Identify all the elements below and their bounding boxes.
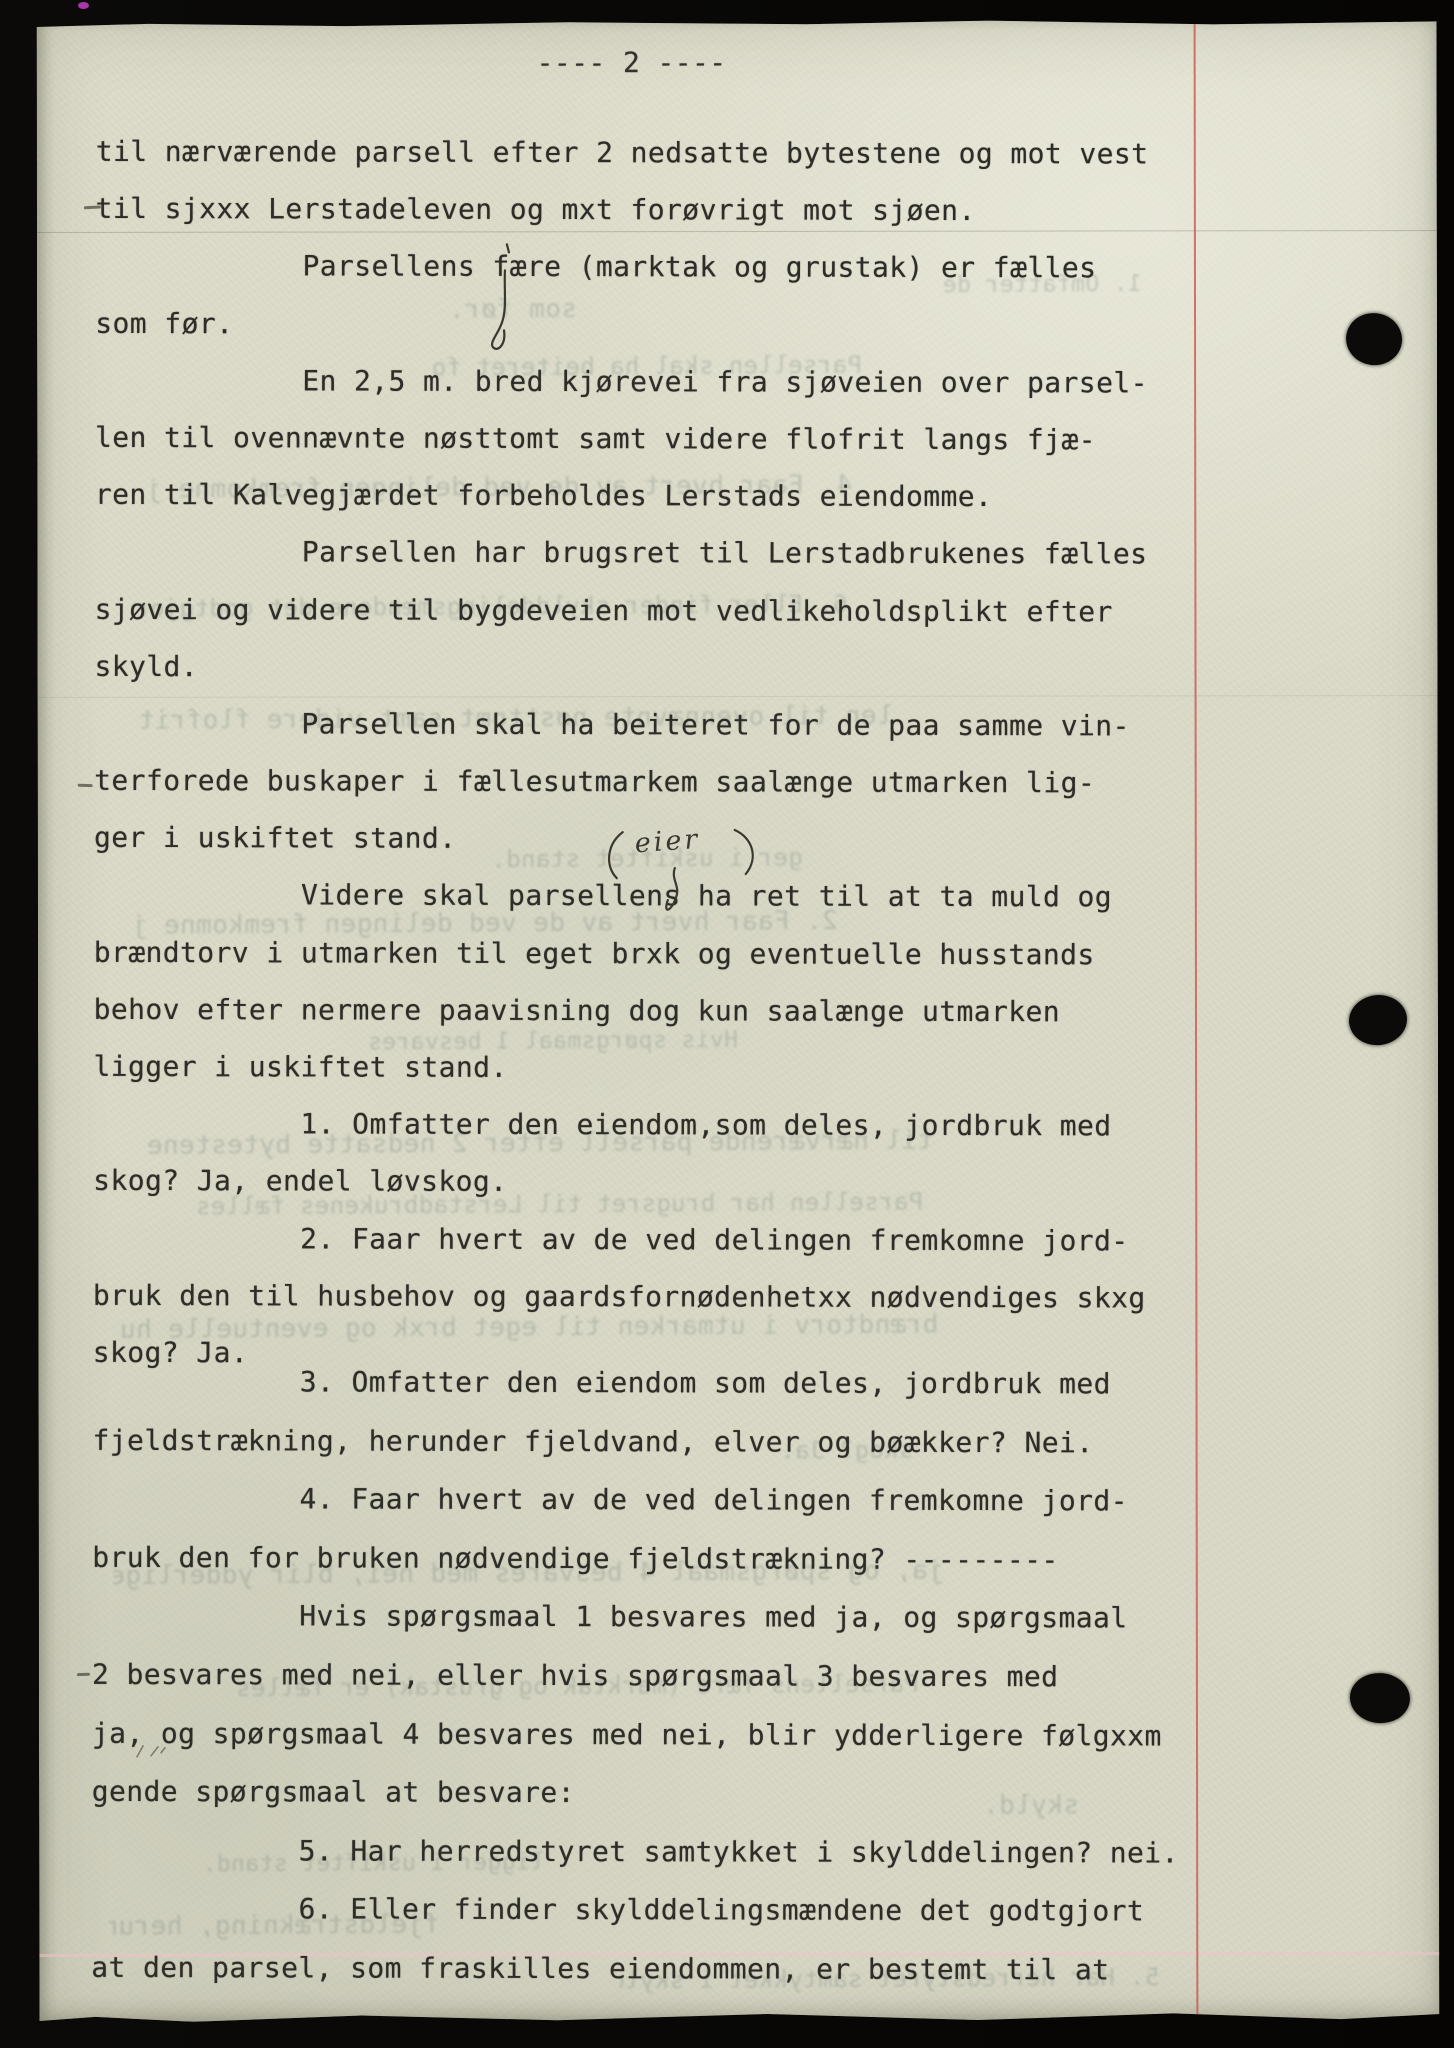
typed-line: skog? Ja, endel løvskog. — [93, 1164, 1213, 1224]
typed-line: 2. Faar hvert av de ved delingen fremkom… — [93, 1221, 1213, 1281]
typed-line: En 2,5 m. bred kjørevei fra sjøveien ove… — [95, 364, 1215, 424]
handwritten-j-stroke-icon — [485, 242, 525, 352]
typed-line: til nærværende parsell efter 2 nedsatte … — [96, 135, 1216, 195]
typed-line: terforede buskaper i fællesutmarkem saal… — [94, 764, 1214, 824]
handwritten-margin-dash — [78, 784, 93, 788]
typed-line: Parsellen skal ha beiteret for de paa sa… — [94, 707, 1214, 767]
handwritten-word-eier: eier — [634, 824, 702, 860]
typed-line: behov efter nermere paavisning dog kun s… — [94, 993, 1214, 1053]
typed-line: 6. Eller finder skylddelingsmændene det … — [91, 1892, 1211, 1952]
typed-line: brændtorv i utmarken til eget brxk og ev… — [94, 936, 1214, 996]
typed-line: 1. Omfatter den eiendom,som deles, jordb… — [93, 1107, 1213, 1167]
typed-line: Parsellens fære (marktak og grustak) er … — [95, 249, 1215, 309]
typed-line: 2 besvares med nei, eller hvis spørgsmaa… — [92, 1658, 1212, 1718]
typed-line: Hvis spørgsmaal 1 besvares med ja, og sp… — [92, 1599, 1212, 1659]
typed-line: 5. Har herredstyret samtykket i skylddel… — [91, 1834, 1211, 1894]
typed-line: bruk den til husbehov og gaardsfornødenh… — [93, 1279, 1213, 1339]
punch-hole — [1343, 310, 1406, 369]
handwritten-eier-insertion: eier — [583, 820, 793, 920]
typed-line: som før. — [95, 306, 1215, 366]
punch-hole — [1348, 1671, 1411, 1725]
typed-line: ren til Kalvegjærdet forbeholdes Lerstad… — [95, 478, 1215, 538]
scan-artifact-dot — [78, 2, 89, 9]
typed-line: Parsellen har brugsret til Lerstadbruken… — [95, 535, 1215, 595]
page-number: ---- 2 ---- — [537, 46, 727, 79]
typed-line: len til ovennævnte nøsttomt samt videre … — [95, 421, 1215, 481]
typed-line: ja, og spørgsmaal 4 besvares med nei, bl… — [92, 1716, 1212, 1776]
handwritten-margin-dash — [77, 1673, 90, 1676]
typed-line: 4. Faar hvert av de ved delingen fremkom… — [92, 1482, 1212, 1542]
typed-line: bruk den for bruken nødvendige fjeldstræ… — [92, 1541, 1212, 1601]
punch-hole — [1347, 992, 1410, 1048]
typed-line: 3. Omfatter den eiendom som deles, jordb… — [93, 1365, 1213, 1425]
typed-line: fjeldstrækning, herunder fjeldvand, elve… — [92, 1424, 1212, 1484]
typed-line: skyld. — [94, 650, 1214, 710]
typed-body: til nærværende parsell efter 2 nedsatte … — [91, 135, 1216, 2011]
typed-line: til sjxxx Lerstadeleven og mxt forøvrigt… — [95, 192, 1215, 252]
handwritten-j-insertion — [485, 242, 525, 352]
typed-line: sjøvei og videre til bygdeveien mot vedl… — [95, 592, 1215, 652]
typed-line: gende spørgsmaal at besvare: — [92, 1775, 1212, 1835]
typed-line: ligger i uskiftet stand. — [93, 1050, 1213, 1110]
typed-line: at den parsel, som fraskilles eiendommen… — [91, 1951, 1211, 2011]
paper-sheet: som før. Parsellen skal ha beiteret for … — [37, 19, 1440, 2025]
pencil-scribble-marks — [131, 1743, 171, 1761]
scanned-document-scene: som før. Parsellen skal ha beiteret for … — [0, 0, 1454, 2048]
